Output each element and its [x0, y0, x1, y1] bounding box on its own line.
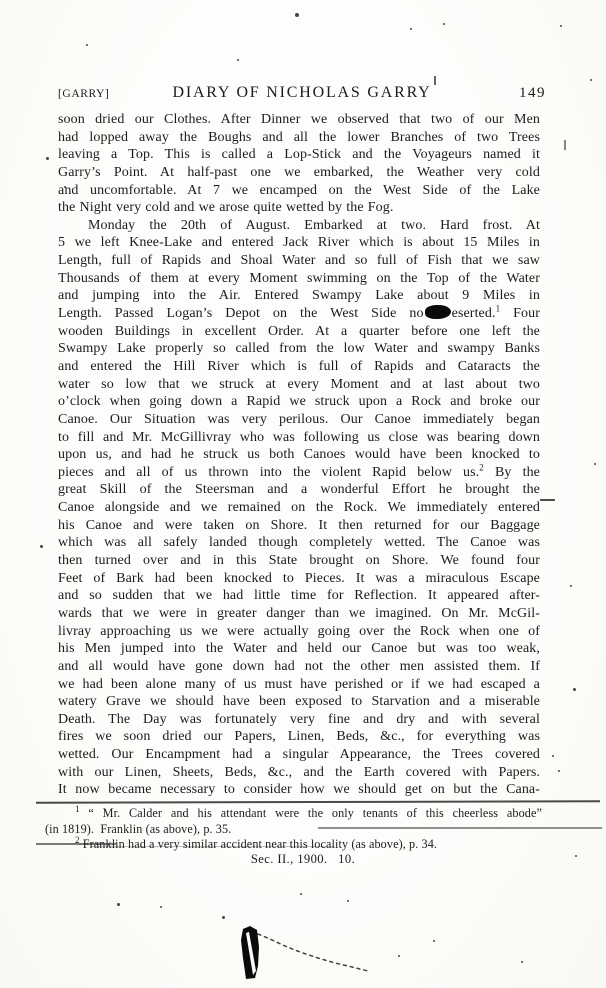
text-line: soon dried our Clothes. After Dinner we …	[58, 111, 540, 129]
ink-speck	[558, 770, 560, 772]
text-line: Monday the 20th of August. Embarked at t…	[58, 217, 540, 235]
text-line: o’clock when going down a Rapid we struc…	[58, 393, 540, 411]
ink-speck	[398, 955, 400, 957]
footnote-line: (in 1819). Franklin (as above), p. 35.	[45, 822, 542, 838]
text-line: Length. Passed Logan’s Depot on the West…	[58, 305, 540, 323]
text-line: It now became necessary to consider how …	[58, 781, 540, 799]
running-head: [GARRY] DIARY OF NICHOLAS GARRY 149	[58, 84, 546, 106]
ink-speck	[160, 906, 162, 908]
text-line: and all would have gone down had not the…	[58, 658, 540, 676]
text-line: livray approaching us we were actually g…	[58, 623, 540, 641]
text-line: water so low that we struck at every Mom…	[58, 376, 540, 394]
ink-speck	[573, 688, 576, 691]
text-line: Garry’s Point. At half-past one we embar…	[58, 164, 540, 182]
text-line: 5 we left Knee-Lake and entered Jack Riv…	[58, 234, 540, 252]
text-line: and jumping into the Air. Entered Swampy…	[58, 287, 540, 305]
text-line: Death. The Day was fortunately very fine…	[58, 711, 540, 729]
text-line: wetted. Our Encampment had a singular Ap…	[58, 746, 540, 764]
text-line: pieces and all of us thrown into the vio…	[58, 464, 540, 482]
scratch-line	[90, 846, 335, 847]
text-line: then turned over and in this State broug…	[58, 552, 540, 570]
ink-blot	[241, 926, 259, 979]
text-line: wooden Buildings in excellent Order. At …	[58, 323, 540, 341]
text-line: we had been alone many of us must have p…	[58, 676, 540, 694]
page-title: DIARY OF NICHOLAS GARRY	[58, 84, 546, 102]
ink-speck	[300, 893, 302, 895]
text-line: to fill and Mr. McGillivray who was foll…	[58, 429, 540, 447]
ink-speck	[570, 585, 572, 587]
scratch-line	[318, 827, 602, 829]
section-imprint: Sec. II., 1900. 10.	[0, 852, 606, 867]
text-line: Swampy Lake properly so called from the …	[58, 340, 540, 358]
text-line: fires we soon dried our Papers, Linen, B…	[58, 728, 540, 746]
text-line: Thousands of them at every Moment swimmi…	[58, 270, 540, 288]
ink-speck	[443, 23, 445, 25]
ink-speck	[590, 79, 592, 81]
text-line: had lopped away the Boughs and all the l…	[58, 129, 540, 147]
ink-blot-inline	[425, 305, 451, 319]
text-line: Length, full of Rapids and Shoal Water a…	[58, 252, 540, 270]
page-number: 149	[519, 85, 546, 102]
ink-speck	[222, 916, 225, 919]
text-line: wards that we were in greater danger tha…	[58, 605, 540, 623]
text-line: and so sudden that we had little time fo…	[58, 587, 540, 605]
text-line: with our Linen, Sheets, Beds, &c., and t…	[58, 764, 540, 782]
ink-speck	[117, 903, 120, 906]
body-text: soon dried our Clothes. After Dinner we …	[58, 111, 540, 799]
book-page: [GARRY] DIARY OF NICHOLAS GARRY 149 soon…	[0, 0, 606, 988]
text-line: watery Grave we should have been exposed…	[58, 693, 540, 711]
ink-blot-highlight	[246, 932, 256, 975]
scratch-line	[434, 76, 436, 85]
ink-speck	[594, 463, 596, 465]
ink-speck	[40, 545, 43, 548]
ink-speck	[560, 25, 562, 27]
text-line: the Night very cold and we arose quite w…	[58, 199, 540, 217]
footnote-line: 1 “ Mr. Calder and his attendant were th…	[45, 806, 542, 822]
ink-speck	[575, 855, 577, 857]
text-line: and entered the Hill River which is full…	[58, 358, 540, 376]
text-line: his Men jumped into the Water and held o…	[58, 640, 540, 658]
ink-speck	[46, 157, 49, 160]
ink-speck	[433, 940, 435, 942]
ink-speck	[295, 13, 299, 17]
text-line: Canoe. Our Situation was very perilous. …	[58, 411, 540, 429]
text-line: his Canoe and were taken on Shore. It th…	[58, 517, 540, 535]
ink-speck	[552, 755, 554, 757]
text-line: leaving a Top. This is called a Lop-Stic…	[58, 146, 540, 164]
ink-speck	[521, 961, 523, 963]
text-line: which was all safely landed though compl…	[58, 534, 540, 552]
ink-speck	[237, 59, 239, 61]
text-line: upon us, and had he struck us both Canoe…	[58, 446, 540, 464]
ink-streak	[258, 934, 368, 971]
scratch-line	[564, 140, 566, 150]
ink-speck	[347, 900, 349, 902]
scratch-line	[540, 499, 555, 501]
ink-speck	[410, 28, 412, 30]
text-line: great Skill of the Steersman and a wonde…	[58, 481, 540, 499]
footnote-line: 2 Franklin had a very similar accident n…	[45, 837, 542, 853]
text-line: Feet of Bark had been knocked to Pieces.…	[58, 570, 540, 588]
ink-speck	[64, 186, 66, 188]
text-line: and uncomfortable. At 7 we encamped on t…	[58, 182, 540, 200]
footnote-separator-rule	[36, 800, 600, 803]
ink-speck	[86, 44, 88, 46]
scratch-line	[36, 843, 116, 845]
text-line: Canoe alongside and we remained on the R…	[58, 499, 540, 517]
